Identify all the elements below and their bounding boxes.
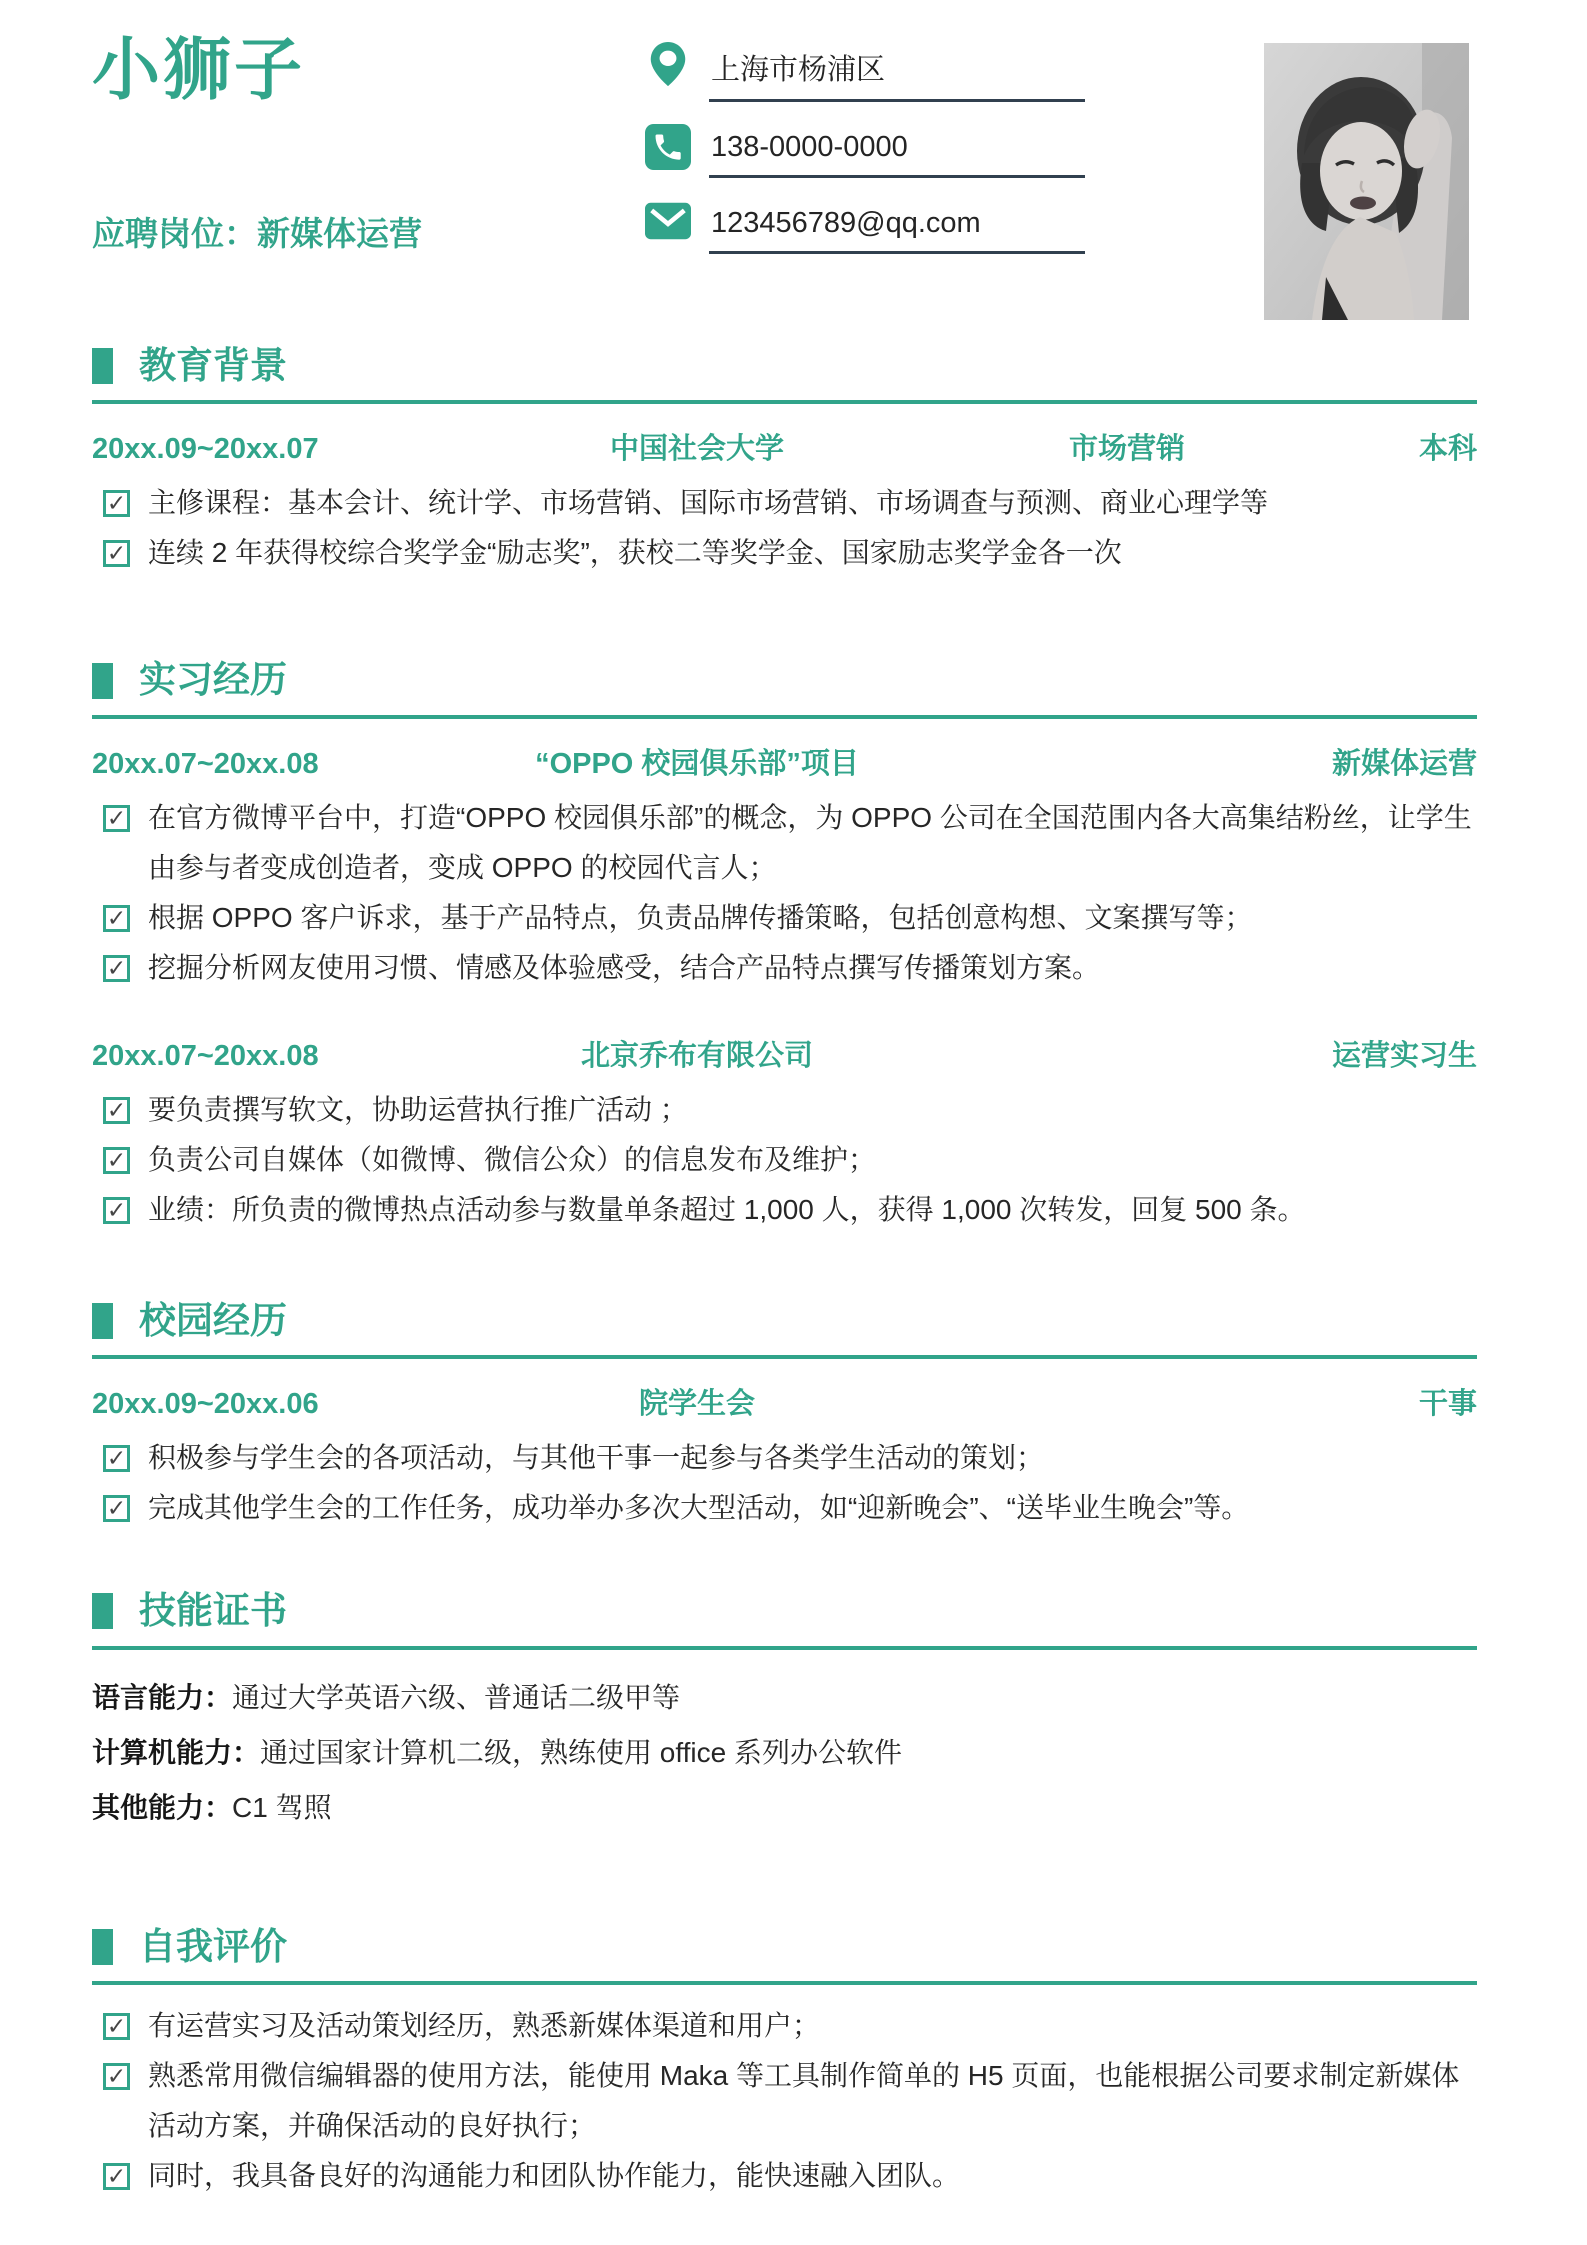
section-header: 教育背景 — [92, 344, 1477, 404]
entry-role: 运营实习生 — [1067, 1037, 1477, 1075]
list-item: ✓ 业绩：所负责的微博热点活动参与数量单条超过 1,000 人，获得 1,000… — [92, 1185, 1477, 1235]
internship-bullets: ✓ 要负责撰写软文，协助运营执行推广活动 ； ✓ 负责公司自媒体（如微博、微信公… — [92, 1085, 1477, 1235]
bullet-text: 同时，我具备良好的沟通能力和团队协作能力，能快速融入团队。 — [148, 2151, 960, 2201]
bullet-text: 有运营实习及活动策划经历，熟悉新媒体渠道和用户； — [148, 2001, 820, 2051]
list-item: ✓ 挖掘分析网友使用习惯、情感及体验感受，结合产品特点撰写传播策划方案。 — [92, 943, 1477, 993]
entry-role: 新媒体运营 — [1067, 745, 1477, 783]
evaluation-bullets: ✓ 有运营实习及活动策划经历，熟悉新媒体渠道和用户； ✓ 熟悉常用微信编辑器的使… — [92, 2001, 1477, 2201]
entry-title: “OPPO 校园俱乐部”项目 — [327, 745, 1067, 783]
skill-text: 通过国家计算机二级，熟练使用 office 系列办公软件 — [260, 1737, 902, 1768]
section-marker-icon — [92, 663, 113, 699]
skill-label: 语言能力： — [92, 1682, 232, 1713]
checkbox-icon: ✓ — [103, 905, 130, 932]
checkbox-icon: ✓ — [103, 1147, 130, 1174]
checkbox-icon: ✓ — [103, 2163, 130, 2190]
section-internship: 实习经历 20xx.07~20xx.08 “OPPO 校园俱乐部”项目 新媒体运… — [92, 658, 1477, 1234]
skill-text: 通过大学英语六级、普通话二级甲等 — [232, 1682, 680, 1713]
list-item: ✓ 完成其他学生会的工作任务，成功举办多次大型活动，如“迎新晚会”、“送毕业生晚… — [92, 1483, 1477, 1533]
internship-entry: 20xx.07~20xx.08 “OPPO 校园俱乐部”项目 新媒体运营 — [92, 745, 1477, 783]
entry-title: 北京乔布有限公司 — [327, 1037, 1067, 1075]
list-item: ✓ 根据 OPPO 客户诉求，基于产品特点，负责品牌传播策略，包括创意构想、文案… — [92, 893, 1477, 943]
location-icon — [645, 40, 693, 90]
list-item: ✓ 负责公司自媒体（如微博、微信公众）的信息发布及维护； — [92, 1135, 1477, 1185]
section-marker-icon — [92, 1929, 113, 1965]
bullet-text: 要负责撰写软文，协助运营执行推广活动 ； — [148, 1085, 688, 1135]
section-skills: 技能证书 语言能力：通过大学英语六级、普通话二级甲等 计算机能力：通过国家计算机… — [92, 1589, 1477, 1834]
section-title: 自我评价 — [139, 1925, 287, 1969]
skill-item: 计算机能力：通过国家计算机二级，熟练使用 office 系列办公软件 — [92, 1725, 1477, 1780]
checkbox-icon: ✓ — [103, 1097, 130, 1124]
section-title: 技能证书 — [139, 1589, 287, 1633]
list-item: ✓ 熟悉常用微信编辑器的使用方法，能使用 Maka 等工具制作简单的 H5 页面… — [92, 2051, 1477, 2151]
checkbox-icon: ✓ — [103, 1445, 130, 1472]
entry-school: 中国社会大学 — [327, 430, 1067, 468]
section-title: 教育背景 — [139, 344, 287, 388]
section-evaluation: 自我评价 ✓ 有运营实习及活动策划经历，熟悉新媒体渠道和用户； ✓ 熟悉常用微信… — [92, 1925, 1477, 2201]
contact-row-location: 上海市杨浦区 — [645, 40, 1085, 102]
bullet-text: 熟悉常用微信编辑器的使用方法，能使用 Maka 等工具制作简单的 H5 页面，也… — [148, 2051, 1477, 2151]
bullet-text: 积极参与学生会的各项活动，与其他干事一起参与各类学生活动的策划； — [148, 1433, 1044, 1483]
checkbox-icon: ✓ — [103, 1197, 130, 1224]
entry-date: 20xx.09~20xx.07 — [92, 430, 327, 468]
contact-location: 上海市杨浦区 — [709, 40, 1085, 102]
list-item: ✓ 有运营实习及活动策划经历，熟悉新媒体渠道和用户； — [92, 2001, 1477, 2051]
entry-date: 20xx.07~20xx.08 — [92, 1037, 327, 1075]
internship-bullets: ✓ 在官方微博平台中，打造“OPPO 校园俱乐部”的概念，为 OPPO 公司在全… — [92, 793, 1477, 993]
resume-page: 小狮子 应聘岗位：新媒体运营 上海市杨浦区 — [0, 0, 1587, 2245]
section-header: 技能证书 — [92, 1589, 1477, 1649]
contact-phone: 138-0000-0000 — [709, 124, 1085, 178]
entry-role: 干事 — [1067, 1385, 1477, 1423]
section-title: 校园经历 — [139, 1299, 287, 1343]
entry-major: 市场营销 — [1067, 430, 1187, 468]
entry-title: 院学生会 — [327, 1385, 1067, 1423]
skills-list: 语言能力：通过大学英语六级、普通话二级甲等 计算机能力：通过国家计算机二级，熟练… — [92, 1670, 1477, 1835]
candidate-name: 小狮子 — [92, 30, 305, 112]
bullet-text: 业绩：所负责的微博热点活动参与数量单条超过 1,000 人，获得 1,000 次… — [148, 1185, 1306, 1235]
bullet-text: 连续 2 年获得校综合奖学金“励志奖”，获校二等奖学金、国家励志奖学金各一次 — [148, 528, 1122, 578]
profile-photo — [1264, 43, 1469, 320]
skill-label: 计算机能力： — [92, 1737, 260, 1768]
section-marker-icon — [92, 348, 113, 384]
checkbox-icon: ✓ — [103, 2013, 130, 2040]
list-item: ✓ 连续 2 年获得校综合奖学金“励志奖”，获校二等奖学金、国家励志奖学金各一次 — [92, 528, 1477, 578]
resume-header: 小狮子 应聘岗位：新媒体运营 上海市杨浦区 — [0, 0, 1587, 330]
internship-entry: 20xx.07~20xx.08 北京乔布有限公司 运营实习生 — [92, 1037, 1477, 1075]
contact-email: 123456789@qq.com — [709, 200, 1085, 254]
skill-text: C1 驾照 — [232, 1792, 332, 1823]
entry-date: 20xx.07~20xx.08 — [92, 745, 327, 783]
bullet-text: 负责公司自媒体（如微博、微信公众）的信息发布及维护； — [148, 1135, 876, 1185]
campus-bullets: ✓ 积极参与学生会的各项活动，与其他干事一起参与各类学生活动的策划； ✓ 完成其… — [92, 1433, 1477, 1533]
skill-item: 其他能力：C1 驾照 — [92, 1780, 1477, 1835]
contact-row-phone: 138-0000-0000 — [645, 124, 1085, 178]
skill-item: 语言能力：通过大学英语六级、普通话二级甲等 — [92, 1670, 1477, 1725]
list-item: ✓ 在官方微博平台中，打造“OPPO 校园俱乐部”的概念，为 OPPO 公司在全… — [92, 793, 1477, 893]
contact-block: 上海市杨浦区 138-0000-0000 123 — [645, 40, 1085, 276]
bullet-text: 挖掘分析网友使用习惯、情感及体验感受，结合产品特点撰写传播策划方案。 — [148, 943, 1100, 993]
list-item: ✓ 主修课程：基本会计、统计学、市场营销、国际市场营销、市场调查与预测、商业心理… — [92, 478, 1477, 528]
bullet-text: 主修课程：基本会计、统计学、市场营销、国际市场营销、市场调查与预测、商业心理学等 — [148, 478, 1268, 528]
section-header: 实习经历 — [92, 658, 1477, 718]
checkbox-icon: ✓ — [103, 2063, 130, 2090]
section-title: 实习经历 — [139, 658, 287, 702]
section-education: 教育背景 20xx.09~20xx.07 中国社会大学 市场营销 本科 ✓ 主修… — [92, 344, 1477, 578]
email-icon — [645, 200, 693, 250]
contact-row-email: 123456789@qq.com — [645, 200, 1085, 254]
education-bullets: ✓ 主修课程：基本会计、统计学、市场营销、国际市场营销、市场调查与预测、商业心理… — [92, 478, 1477, 578]
list-item: ✓ 要负责撰写软文，协助运营执行推广活动 ； — [92, 1085, 1477, 1135]
section-marker-icon — [92, 1303, 113, 1339]
checkbox-icon: ✓ — [103, 1495, 130, 1522]
bullet-text: 在官方微博平台中，打造“OPPO 校园俱乐部”的概念，为 OPPO 公司在全国范… — [148, 793, 1477, 893]
bullet-text: 根据 OPPO 客户诉求，基于产品特点，负责品牌传播策略，包括创意构想、文案撰写… — [148, 893, 1252, 943]
checkbox-icon: ✓ — [103, 540, 130, 567]
entry-degree: 本科 — [1187, 430, 1477, 468]
skill-label: 其他能力： — [92, 1792, 232, 1823]
bullet-text: 完成其他学生会的工作任务，成功举办多次大型活动，如“迎新晚会”、“送毕业生晚会”… — [148, 1483, 1249, 1533]
section-campus: 校园经历 20xx.09~20xx.06 院学生会 干事 ✓ 积极参与学生会的各… — [92, 1299, 1477, 1533]
phone-icon — [645, 124, 693, 174]
section-header: 校园经历 — [92, 1299, 1477, 1359]
list-item: ✓ 同时，我具备良好的沟通能力和团队协作能力，能快速融入团队。 — [92, 2151, 1477, 2201]
checkbox-icon: ✓ — [103, 490, 130, 517]
target-position: 应聘岗位：新媒体运营 — [92, 208, 422, 255]
checkbox-icon: ✓ — [103, 805, 130, 832]
section-header: 自我评价 — [92, 1925, 1477, 1985]
section-marker-icon — [92, 1593, 113, 1629]
campus-entry: 20xx.09~20xx.06 院学生会 干事 — [92, 1385, 1477, 1423]
entry-date: 20xx.09~20xx.06 — [92, 1385, 327, 1423]
education-entry: 20xx.09~20xx.07 中国社会大学 市场营销 本科 — [92, 430, 1477, 468]
list-item: ✓ 积极参与学生会的各项活动，与其他干事一起参与各类学生活动的策划； — [92, 1433, 1477, 1483]
checkbox-icon: ✓ — [103, 955, 130, 982]
